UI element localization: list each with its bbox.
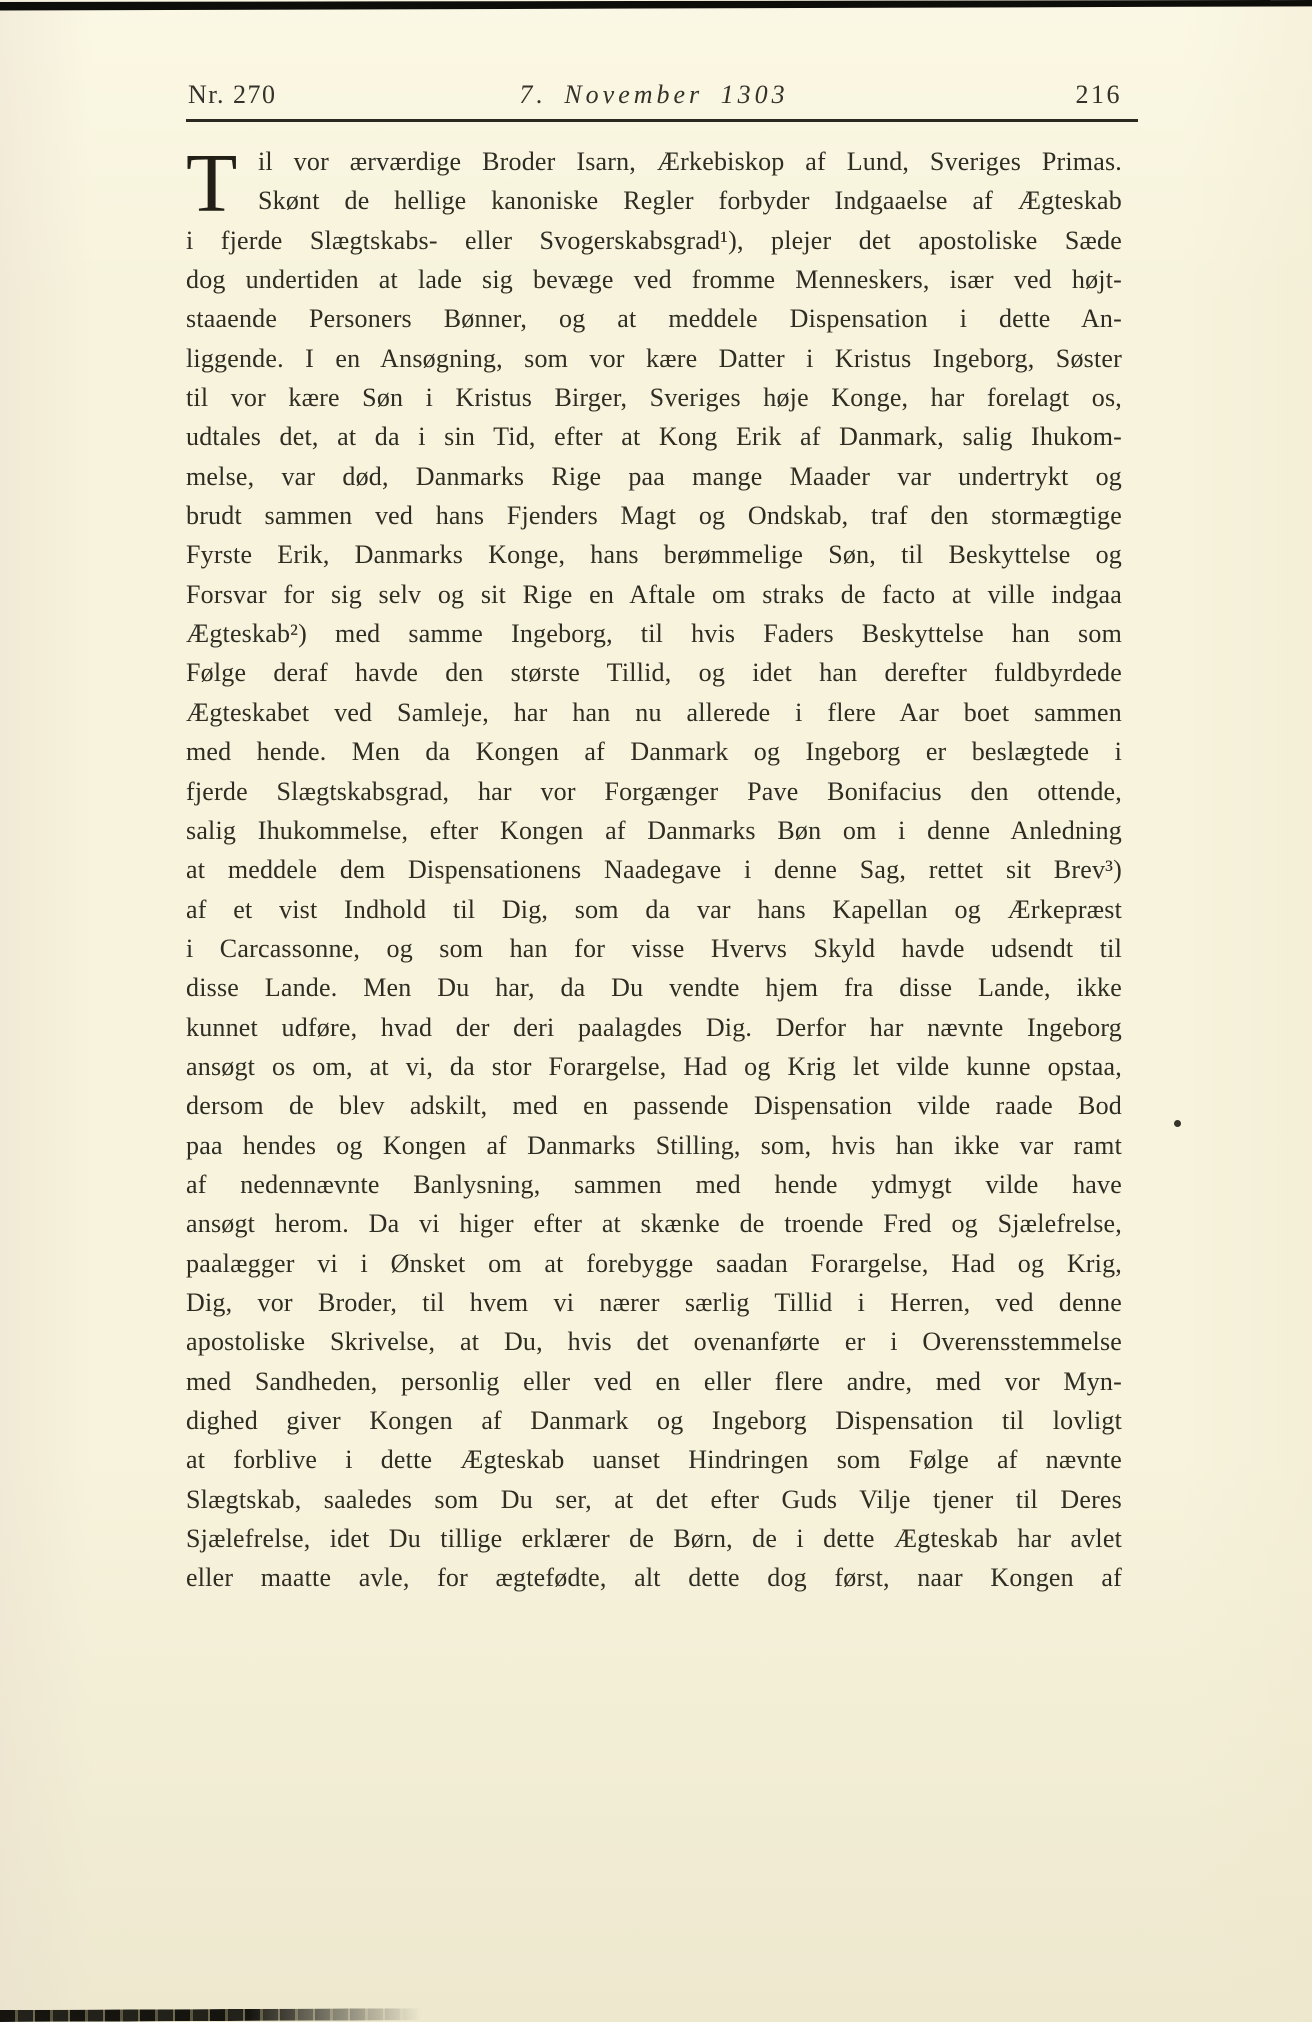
text-line: Sjælefrelse, idet Du tillige erklærer de… (186, 1519, 1122, 1558)
text-line: liggende. I en Ansøgning, som vor kære D… (186, 339, 1122, 378)
text-line: paa hendes og Kongen af Danmarks Stillin… (186, 1126, 1122, 1165)
page-number: 216 (1076, 80, 1123, 110)
text-lines: il vor ærværdige Broder Isarn, Ærkebisko… (186, 142, 1122, 1598)
document-number: Nr. 270 (188, 80, 277, 110)
scan-artifact-top-bar (0, 0, 1312, 11)
text-line: ansøgt os om, at vi, da stor Forargelse,… (186, 1047, 1122, 1086)
text-line: apostoliske Skrivelse, at Du, hvis det o… (186, 1322, 1122, 1361)
text-line: eller maatte avle, for ægtefødte, alt de… (186, 1558, 1122, 1597)
text-line: Forsvar for sig selv og sit Rige en Afta… (186, 575, 1122, 614)
drop-cap-initial: T (186, 148, 237, 220)
text-line: salig Ihukommelse, efter Kongen af Danma… (186, 811, 1122, 850)
text-line: ansøgt herom. Da vi higer efter at skænk… (186, 1204, 1122, 1243)
document-body: T il vor ærværdige Broder Isarn, Ærkebis… (186, 142, 1122, 1598)
text-line: disse Lande. Men Du har, da Du vendte hj… (186, 968, 1122, 1007)
text-line: kunnet udføre, hvad der deri paalagdes D… (186, 1008, 1122, 1047)
text-line: il vor ærværdige Broder Isarn, Ærkebisko… (186, 142, 1122, 181)
text-line: med Sandheden, personlig eller ved en el… (186, 1362, 1122, 1401)
text-line: paalægger vi i Ønsket om at forebygge sa… (186, 1244, 1122, 1283)
text-line: dighed giver Kongen af Danmark og Ingebo… (186, 1401, 1122, 1440)
text-line: i Carcassonne, og som han for visse Hver… (186, 929, 1122, 968)
book-page: Nr. 270 7. November 1303 216 T il vor ær… (0, 0, 1312, 2022)
text-line: at forblive i dette Ægteskab uanset Hind… (186, 1440, 1122, 1479)
text-line: Fyrste Erik, Danmarks Konge, hans berømm… (186, 535, 1122, 574)
text-line: fjerde Slægtskabsgrad, har vor Forgænger… (186, 772, 1122, 811)
text-line: af nedennævnte Banlysning, sammen med he… (186, 1165, 1122, 1204)
text-line: staaende Personers Bønner, og at meddele… (186, 299, 1122, 338)
text-line: i fjerde Slægtskabs- eller Svogerskabsgr… (186, 221, 1122, 260)
text-line: af et vist Indhold til Dig, som da var h… (186, 890, 1122, 929)
text-line: til vor kære Søn i Kristus Birger, Sveri… (186, 378, 1122, 417)
text-line: med hende. Men da Kongen af Danmark og I… (186, 732, 1122, 771)
text-line: dersom de blev adskilt, med en passende … (186, 1086, 1122, 1125)
text-line: Skønt de hellige kanoniske Regler forbyd… (186, 181, 1122, 220)
text-line: brudt sammen ved hans Fjenders Magt og O… (186, 496, 1122, 535)
text-line: udtales det, at da i sin Tid, efter at K… (186, 417, 1122, 456)
margin-ink-dot (1174, 1120, 1181, 1127)
header-rule (186, 119, 1138, 122)
text-line: Dig, vor Broder, til hvem vi nærer særli… (186, 1283, 1122, 1322)
page-header: Nr. 270 7. November 1303 216 (186, 80, 1122, 116)
text-line: Ægteskab²) med samme Ingeborg, til hvis … (186, 614, 1122, 653)
text-line: Ægteskabet ved Samleje, har han nu aller… (186, 693, 1122, 732)
scan-artifact-bottom-band (0, 2008, 430, 2022)
text-line: Slægtskab, saaledes som Du ser, at det e… (186, 1480, 1122, 1519)
text-line: at meddele dem Dispensationens Naadegave… (186, 850, 1122, 889)
text-line: dog undertiden at lade sig bevæge ved fr… (186, 260, 1122, 299)
date-heading: 7. November 1303 (519, 80, 788, 110)
text-line: Følge deraf havde den største Tillid, og… (186, 653, 1122, 692)
text-line: melse, var død, Danmarks Rige paa mange … (186, 457, 1122, 496)
